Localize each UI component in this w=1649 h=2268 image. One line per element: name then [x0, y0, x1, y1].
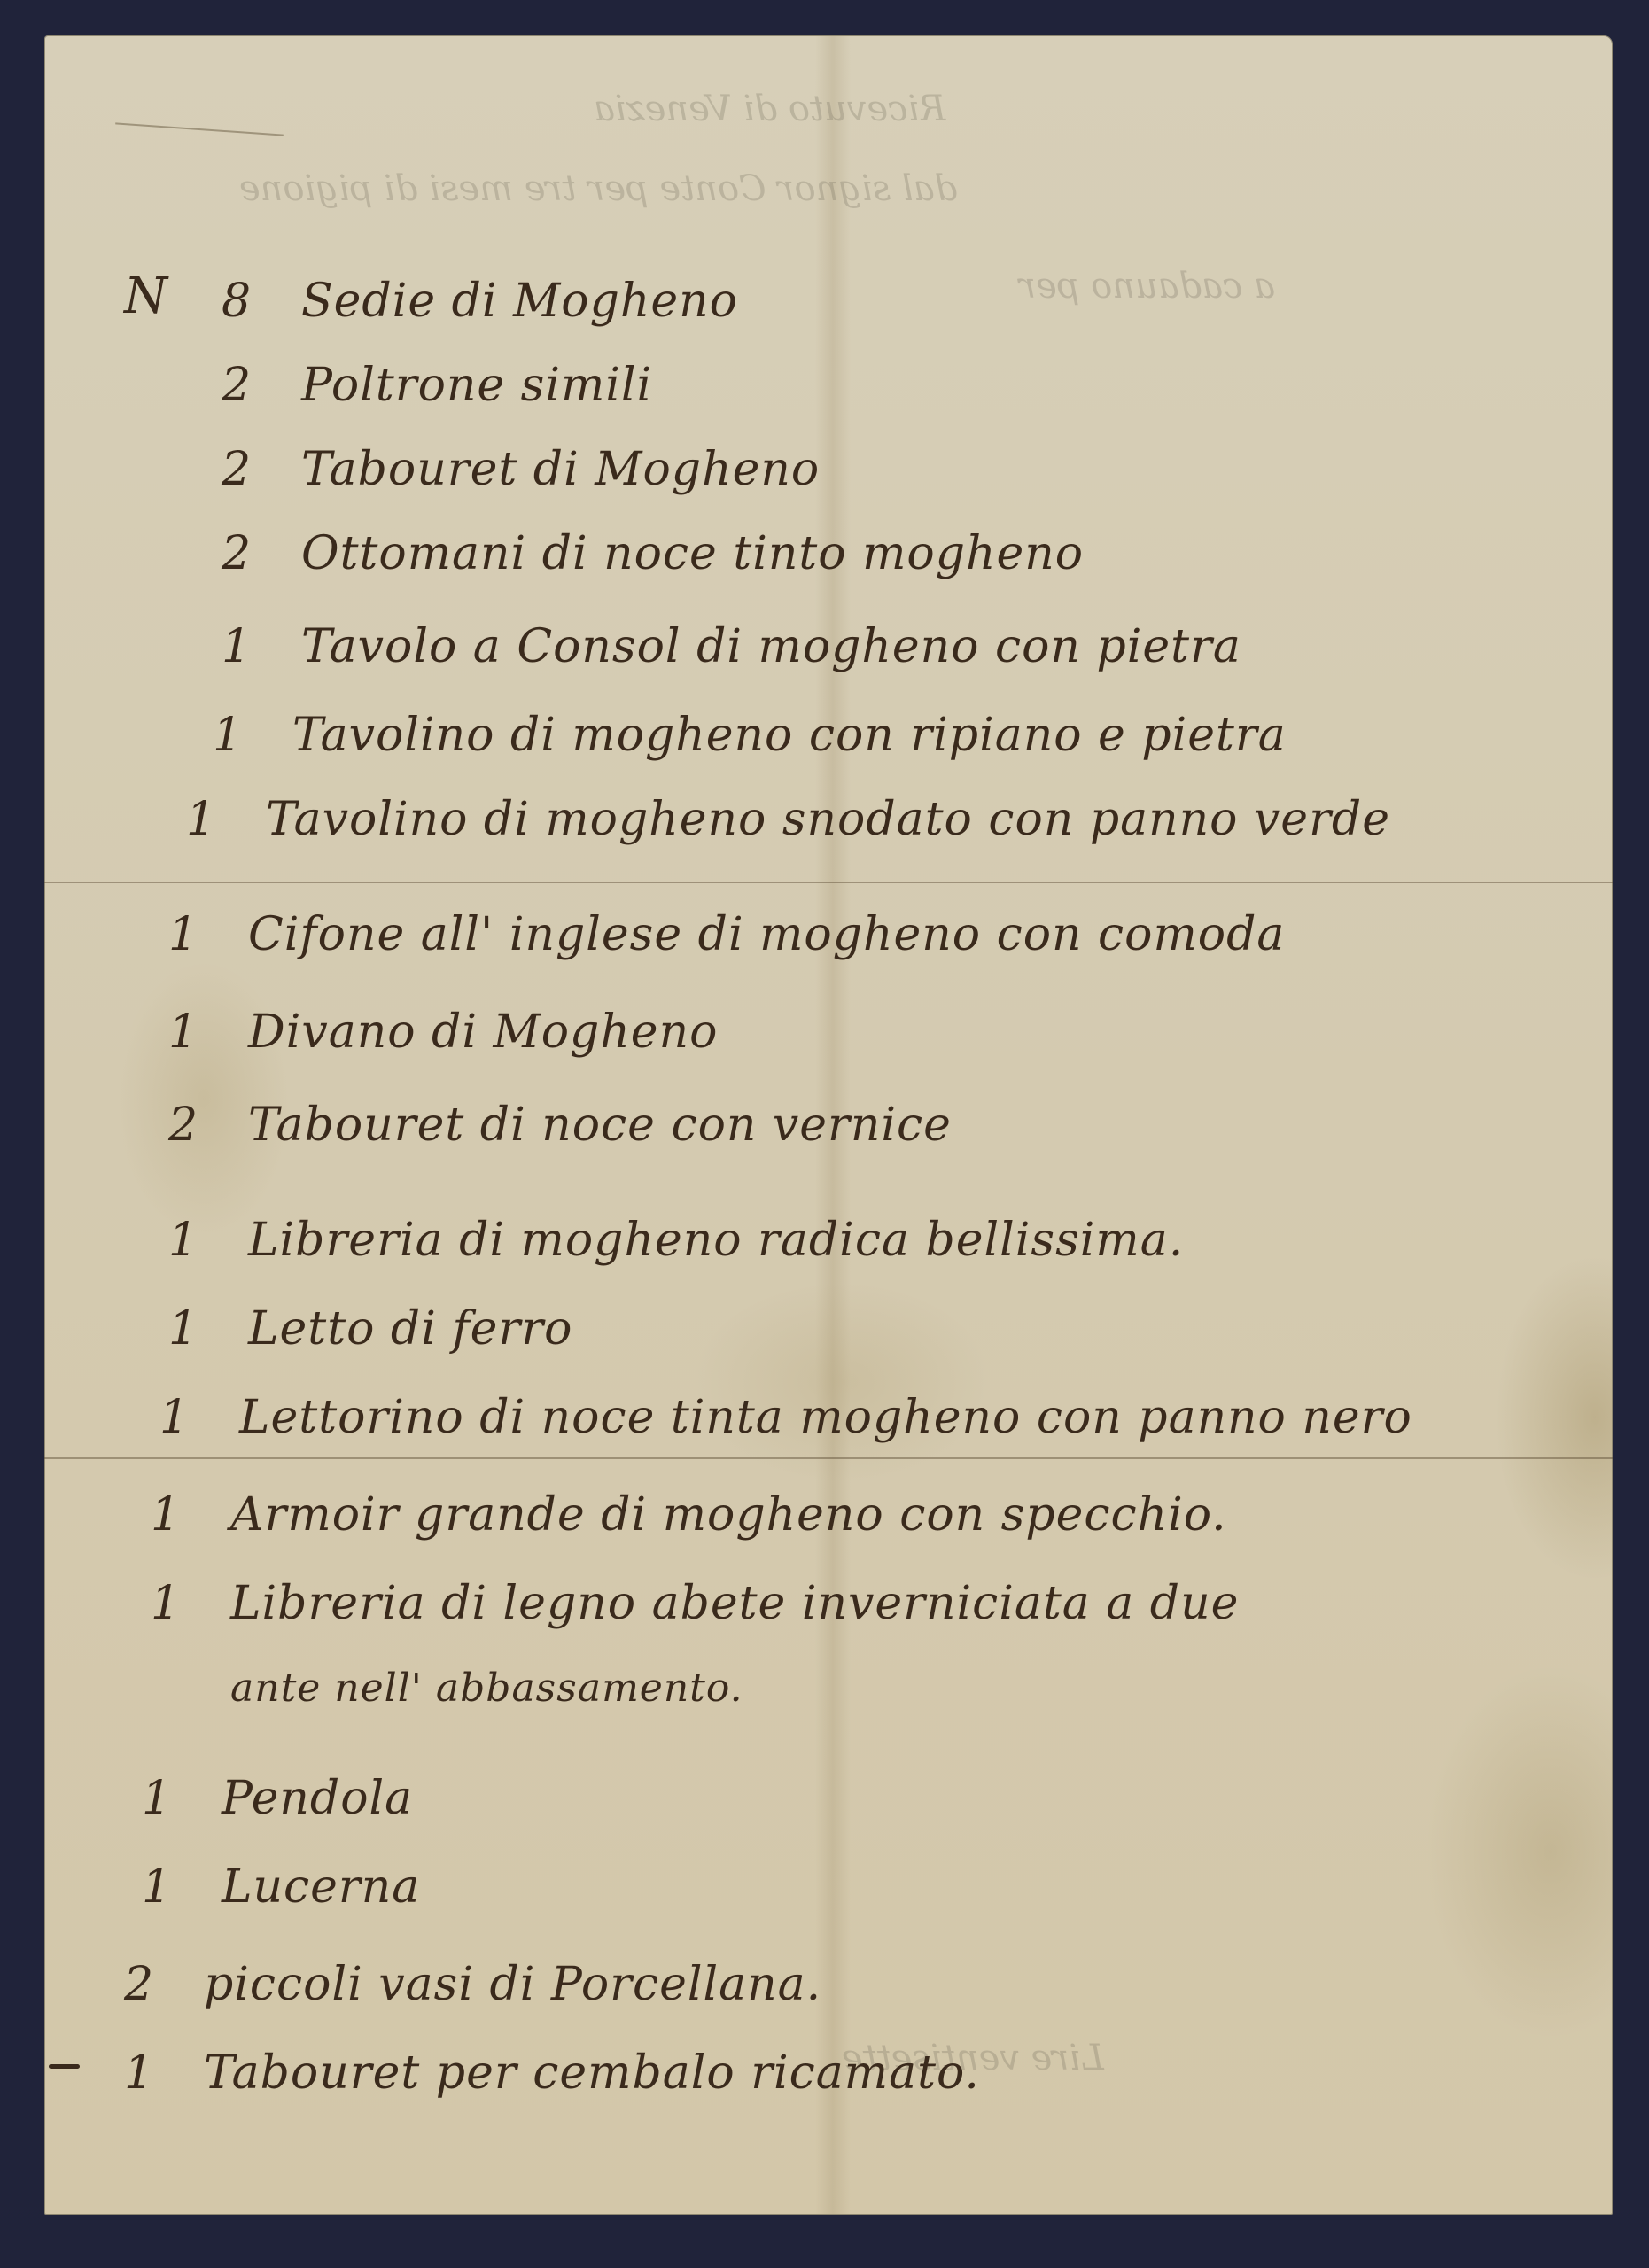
item-description: ante nell' abbassamento. [230, 1666, 743, 1711]
list-item: 2 Ottomani di noce tinto mogheno [222, 527, 1084, 580]
inventory-list: N 8 Sedie di Mogheno 2 Poltrone simili 2… [44, 35, 1613, 2215]
item-description: Tabouret per cembalo ricamato. [204, 2047, 980, 2100]
list-item: 2 piccoli vasi di Porcellana. [124, 1958, 821, 2011]
paper-sheet: Ricevuto di Venezia dal signor Conte per… [44, 35, 1613, 2215]
list-item: 1 Letto di ferro [168, 1302, 572, 1355]
list-item: 1 Tavolino di mogheno con ripiano e piet… [213, 709, 1287, 762]
list-item: 1 Armoir grande di mogheno con specchio. [151, 1488, 1227, 1542]
item-description: Letto di ferro [248, 1302, 572, 1355]
item-quantity: 1 [186, 793, 266, 846]
item-quantity: 1 [142, 1772, 222, 1825]
list-item: 1 Divano di Mogheno [168, 1006, 718, 1059]
item-quantity: 1 [142, 1860, 222, 1914]
list-item: 1 Pendola [142, 1772, 413, 1825]
item-quantity: 1 [213, 709, 292, 762]
item-description: Lucerna [222, 1860, 420, 1914]
item-quantity: 1 [168, 1006, 248, 1059]
list-item: 1 Libreria di mogheno radica bellissima. [168, 1214, 1184, 1267]
item-quantity: 2 [168, 1099, 248, 1152]
list-item: 1 Tabouret per cembalo ricamato. [124, 2047, 980, 2100]
list-item: 1 Tavolino di mogheno snodato con panno … [186, 793, 1390, 846]
list-item: 2 Tabouret di noce con vernice [168, 1099, 952, 1152]
item-description: Ottomani di noce tinto mogheno [301, 527, 1084, 580]
item-description: Armoir grande di mogheno con specchio. [230, 1488, 1227, 1542]
list-item: 1 Lucerna [142, 1860, 420, 1914]
list-item: 1 Lettorino di noce tinta mogheno con pa… [159, 1391, 1412, 1444]
item-quantity: 1 [168, 908, 248, 961]
item-description: Tavolino di mogheno snodato con panno ve… [266, 793, 1390, 846]
item-description: Tavolino di mogheno con ripiano e pietra [292, 709, 1287, 762]
item-quantity: 1 [168, 1302, 248, 1355]
item-description: Lettorino di noce tinta mogheno con pann… [239, 1391, 1412, 1444]
item-description: Libreria di mogheno radica bellissima. [248, 1214, 1184, 1267]
item-quantity: 2 [222, 443, 301, 496]
list-item: 2 Tabouret di Mogheno [222, 443, 820, 496]
item-quantity: 2 [222, 359, 301, 412]
list-item: 1 Tavolo a Consol di mogheno con pietra [222, 620, 1241, 673]
item-quantity: 1 [151, 1488, 230, 1542]
margin-mark: N [124, 268, 167, 325]
item-quantity: 2 [222, 527, 301, 580]
item-quantity: 2 [124, 1958, 204, 2011]
list-item: 2 Poltrone simili [222, 359, 652, 412]
item-description: piccoli vasi di Porcellana. [204, 1958, 821, 2011]
item-description: Libreria di legno abete inverniciata a d… [230, 1577, 1239, 1630]
list-item-continuation: ante nell' abbassamento. [151, 1666, 743, 1711]
item-description: Tavolo a Consol di mogheno con pietra [301, 620, 1241, 673]
list-item: 8 Sedie di Mogheno [222, 275, 738, 328]
item-description: Poltrone simili [301, 359, 652, 412]
list-item: 1 Cifone all' inglese di mogheno con com… [168, 908, 1285, 961]
item-quantity: 8 [222, 275, 301, 328]
item-description: Divano di Mogheno [248, 1006, 718, 1059]
item-quantity: 1 [222, 620, 301, 673]
item-description: Cifone all' inglese di mogheno con comod… [248, 908, 1285, 961]
list-item: 1 Libreria di legno abete inverniciata a… [151, 1577, 1239, 1630]
item-description: Sedie di Mogheno [301, 275, 738, 328]
item-quantity: 1 [159, 1391, 239, 1444]
item-description: Tabouret di noce con vernice [248, 1099, 952, 1152]
item-quantity: 1 [124, 2047, 204, 2100]
item-description: Tabouret di Mogheno [301, 443, 820, 496]
margin-dash [49, 2064, 80, 2069]
item-quantity: 1 [151, 1577, 230, 1630]
item-quantity: 1 [168, 1214, 248, 1267]
item-description: Pendola [222, 1772, 413, 1825]
